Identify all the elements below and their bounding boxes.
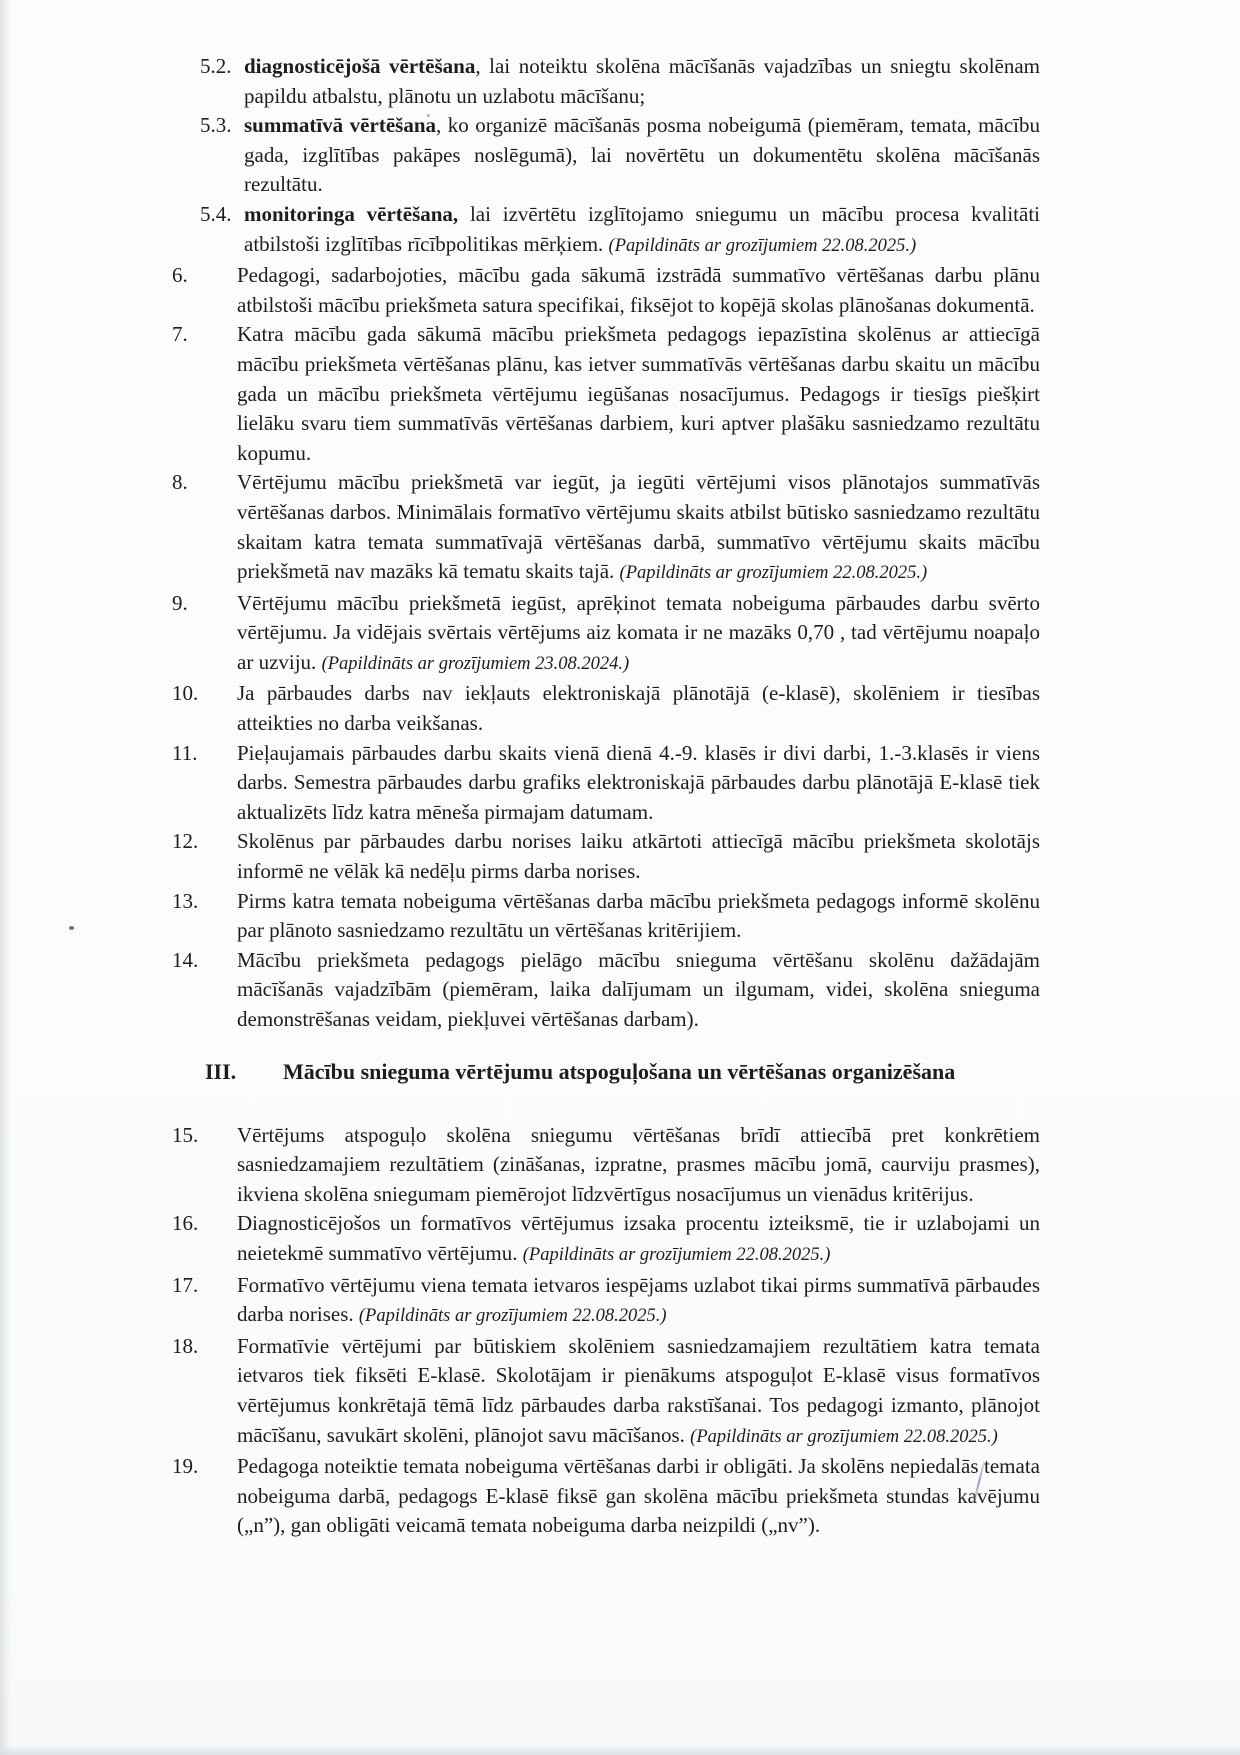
list-item: 5.3.summatīvā vērtēšana, ko organizē māc… [172,111,1040,200]
amendment-note: (Papildināts ar grozījumiem 23.08.2024.) [322,654,630,674]
ink-speck [427,114,430,117]
item-number: 12. [172,827,237,886]
ink-speck [69,926,74,930]
ink-speck [477,128,480,132]
item-text: Vērtējums atspoguļo skolēna sniegumu vēr… [237,1123,1040,1206]
section-heading: III.Mācību snieguma vērtējumu atspoguļoš… [172,1057,1040,1087]
list-item: 10.Ja pārbaudes darbs nav iekļauts elekt… [172,679,1040,738]
item-text-block: Pieļaujamais pārbaudes darbu skaits vien… [237,739,1040,828]
amendment-note: (Papildināts ar grozījumiem 22.08.2025.) [359,1306,667,1326]
item-text-block: Formatīvie vērtējumi par būtiskiem skolē… [237,1332,1040,1452]
item-number: 9. [172,589,237,680]
item-number: 8. [172,468,237,588]
item-text-block: summatīvā vērtēšana, ko organizē mācīšan… [244,111,1040,200]
item-text-block: Vērtējums atspoguļo skolēna sniegumu vēr… [237,1121,1040,1210]
list-item: 15.Vērtējums atspoguļo skolēna sniegumu … [172,1121,1040,1210]
list-item: 18.Formatīvie vērtējumi par būtiskiem sk… [172,1332,1040,1452]
list-item: 19.Pedagoga noteiktie temata nobeiguma v… [172,1452,1040,1541]
item-text: Pirms katra temata nobeiguma vērtēšanas … [237,889,1040,943]
item-text-block: Vērtējumu mācību priekšmetā var iegūt, j… [237,468,1040,588]
list-item: 16.Diagnosticējošos un formatīvos vērtēj… [172,1209,1040,1270]
item-number: 13. [172,887,237,946]
item-text: Pedagoga noteiktie temata nobeiguma vērt… [237,1454,1040,1537]
item-text: Katra mācību gada sākumā mācību priekšme… [237,322,1040,464]
item-text-block: monitoringa vērtēšana, lai izvērtētu izg… [244,200,1040,261]
item-text-block: Formatīvo vērtējumu viena temata ietvaro… [237,1271,1040,1332]
item-number: 17. [172,1271,237,1332]
item-text-block: Diagnosticējošos un formatīvos vērtējumu… [237,1209,1040,1270]
list-item: 17.Formatīvo vērtējumu viena temata ietv… [172,1271,1040,1332]
scan-edge-bottom [0,1745,1240,1755]
item-text: Skolēnus par pārbaudes darbu norises lai… [237,829,1040,883]
item-number: 11. [172,739,237,828]
amendment-note: (Papildināts ar grozījumiem 22.08.2025.) [523,1245,831,1265]
list-item: 6.Pedagogi, sadarbojoties, mācību gada s… [172,261,1040,320]
item-number: 14. [172,946,237,1035]
amendment-note: (Papildināts ar grozījumiem 22.08.2025.) [690,1427,998,1447]
item-number: 5.3. [200,111,244,200]
amendment-note: (Papildināts ar grozījumiem 22.08.2025.) [620,563,928,583]
item-text: Mācību priekšmeta pedagogs pielāgo mācīb… [237,948,1040,1031]
item-text: Pieļaujamais pārbaudes darbu skaits vien… [237,741,1040,824]
item-number: 18. [172,1332,237,1452]
item-text-block: Pedagogi, sadarbojoties, mācību gada sāk… [237,261,1040,320]
item-text-block: Mācību priekšmeta pedagogs pielāgo mācīb… [237,946,1040,1035]
list-item: 11.Pieļaujamais pārbaudes darbu skaits v… [172,739,1040,828]
item-text-block: Katra mācību gada sākumā mācību priekšme… [237,320,1040,468]
item-number: 19. [172,1452,237,1541]
item-bold-lead: monitoringa vērtēšana, [244,202,458,226]
item-number: 6. [172,261,237,320]
item-text-block: Vērtējumu mācību priekšmetā iegūst, aprē… [237,589,1040,680]
item-number: 10. [172,679,237,738]
item-text: Ja pārbaudes darbs nav iekļauts elektron… [237,681,1040,735]
list-item: 5.2.diagnosticējošā vērtēšana, lai notei… [172,52,1040,111]
list-item: 9.Vērtējumu mācību priekšmetā iegūst, ap… [172,589,1040,680]
item-text: Pedagogi, sadarbojoties, mācību gada sāk… [237,263,1040,317]
section-title: Mācību snieguma vērtējumu atspoguļošana … [283,1057,955,1087]
item-bold-lead: diagnosticējošā vērtēšana [244,54,475,78]
item-number: 7. [172,320,237,468]
scan-edge-left [0,0,12,1755]
item-text-block: Ja pārbaudes darbs nav iekļauts elektron… [237,679,1040,738]
item-text-block: Pirms katra temata nobeiguma vērtēšanas … [237,887,1040,946]
list-item: 5.4.monitoringa vērtēšana, lai izvērtētu… [172,200,1040,261]
scanned-document-page: 5.2.diagnosticējošā vērtēšana, lai notei… [0,0,1240,1755]
item-number: 5.2. [200,52,244,111]
list-item: 8.Vērtējumu mācību priekšmetā var iegūt,… [172,468,1040,588]
item-text-block: diagnosticējošā vērtēšana, lai noteiktu … [244,52,1040,111]
item-text-block: Pedagoga noteiktie temata nobeiguma vērt… [237,1452,1040,1541]
list-item: 12.Skolēnus par pārbaudes darbu norises … [172,827,1040,886]
list-item: 14.Mācību priekšmeta pedagogs pielāgo mā… [172,946,1040,1035]
document-body: 5.2.diagnosticējošā vērtēšana, lai notei… [172,52,1040,1541]
amendment-note: (Papildināts ar grozījumiem 22.08.2025.) [609,236,917,256]
list-item: 13.Pirms katra temata nobeiguma vērtēšan… [172,887,1040,946]
item-number: 5.4. [200,200,244,261]
item-number: 15. [172,1121,237,1210]
list-item: 7.Katra mācību gada sākumā mācību priekš… [172,320,1040,468]
section-number: III. [205,1057,283,1087]
item-number: 16. [172,1209,237,1270]
item-bold-lead: summatīvā vērtēšana [244,113,436,137]
item-text-block: Skolēnus par pārbaudes darbu norises lai… [237,827,1040,886]
